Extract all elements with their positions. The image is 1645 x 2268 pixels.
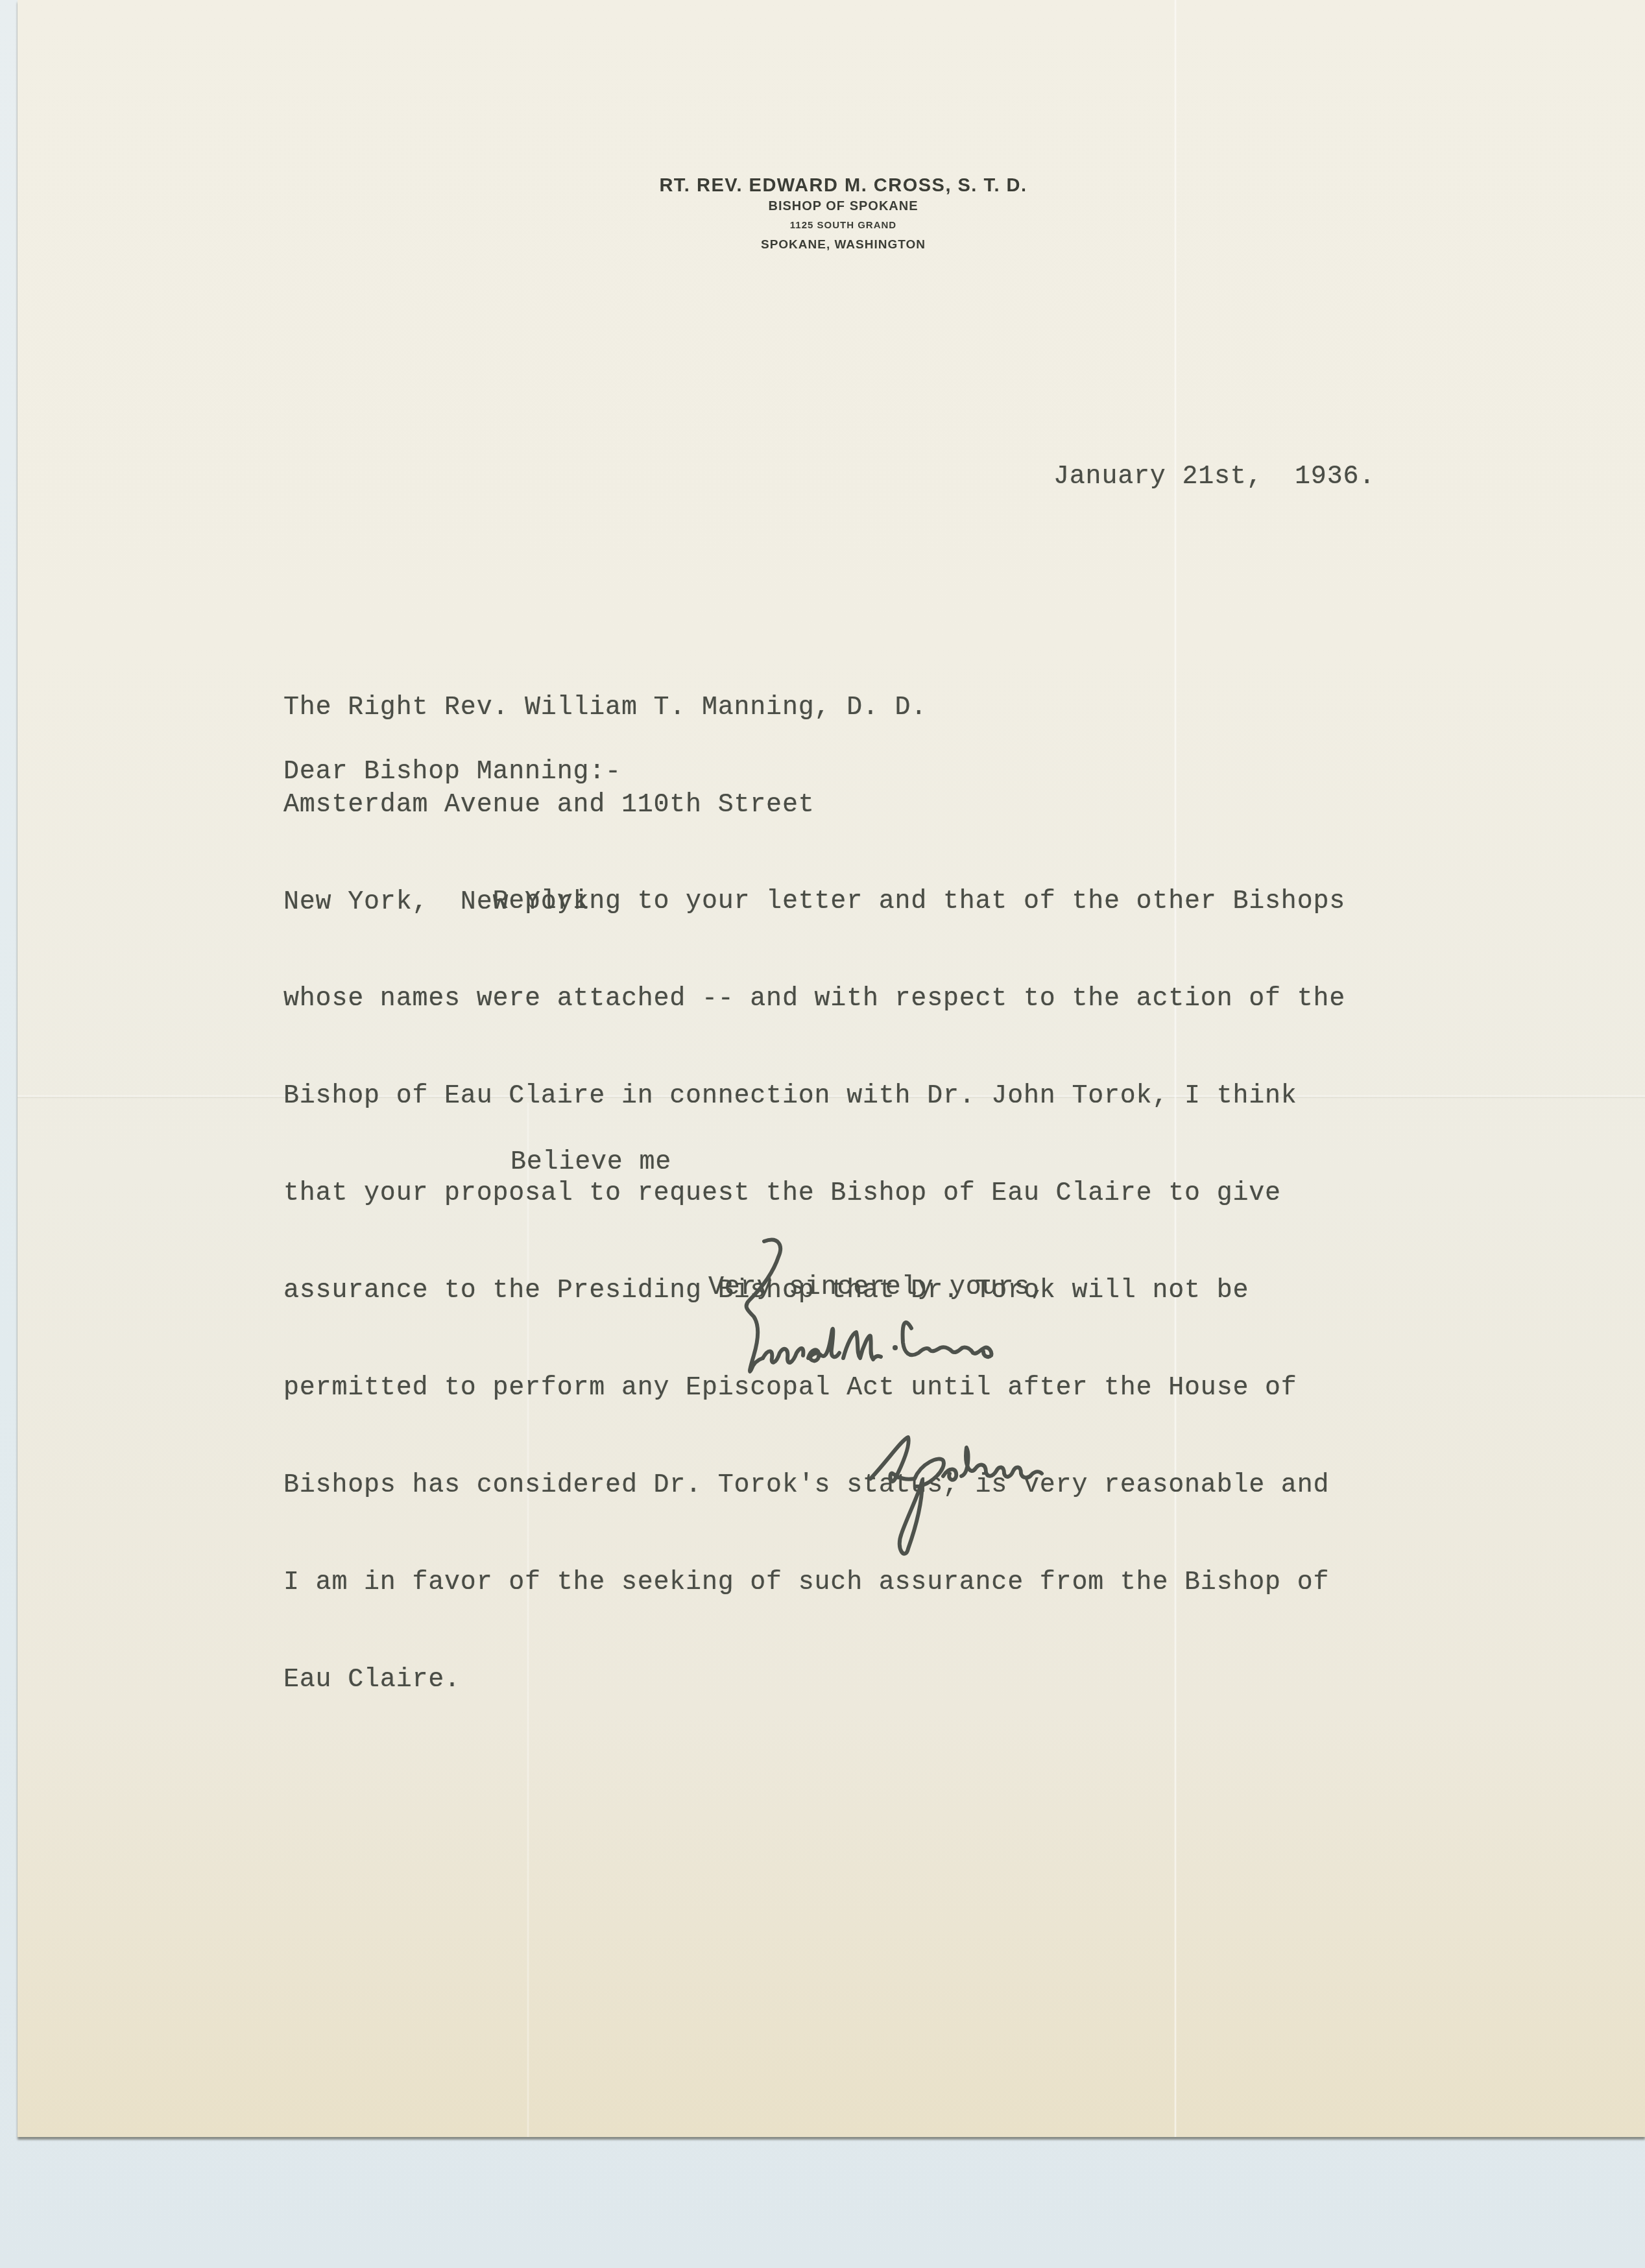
letter-date: January 21st, 1936. <box>1053 461 1375 494</box>
body-line: Replying to your letter and that of the … <box>283 886 1345 918</box>
body-line: whose names were attached -- and with re… <box>283 983 1345 1016</box>
handwritten-signature <box>681 1219 1524 1582</box>
recipient-name: The Right Rev. William T. Manning, D. D. <box>283 692 927 724</box>
body-line: Eau Claire. <box>283 1664 1345 1697</box>
signature-initial-e <box>747 1240 780 1372</box>
letterhead-title: BISHOP OF SPOKANE <box>0 196 1645 217</box>
signature-m <box>843 1332 881 1359</box>
closing-believe-me: Believe me <box>510 1147 671 1179</box>
signature-cross <box>903 1322 992 1357</box>
signature-dward <box>763 1329 839 1363</box>
letterhead-name: RT. REV. EDWARD M. CROSS, S. T. D. <box>0 174 1645 197</box>
salutation: Dear Bishop Manning:- <box>283 756 621 789</box>
letterhead: RT. REV. EDWARD M. CROSS, S. T. D. BISHO… <box>0 174 1645 256</box>
letterhead-street: 1125 SOUTH GRAND <box>0 217 1645 235</box>
signature-spokane <box>871 1437 1042 1554</box>
body-line: Bishop of Eau Claire in connection with … <box>283 1080 1345 1113</box>
recipient-street: Amsterdam Avenue and 110th Street <box>283 789 927 822</box>
letterhead-city: SPOKANE, WASHINGTON <box>0 235 1645 256</box>
body-line: that your proposal to request the Bishop… <box>283 1178 1345 1210</box>
